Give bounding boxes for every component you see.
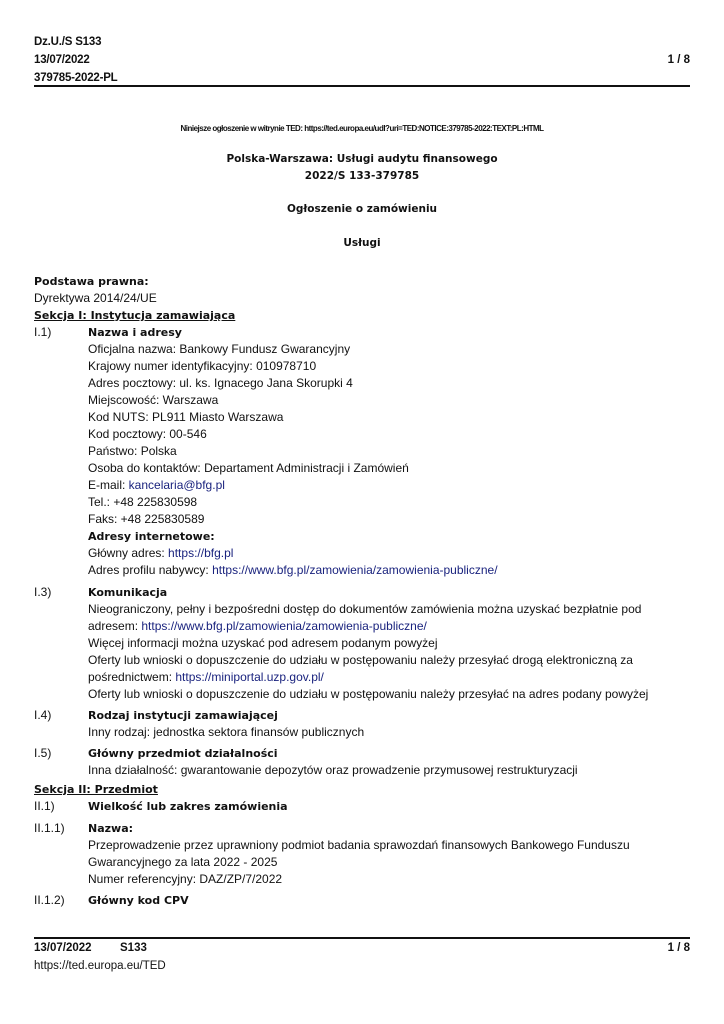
section-heading: Główny kod CPV bbox=[88, 892, 189, 909]
notice-id: 379785-2022-PL bbox=[34, 72, 118, 84]
submission-url-label: pośrednictwem: bbox=[88, 670, 175, 684]
notice-url-line[interactable]: Niniejsze ogłoszenie w witrynie TED: htt… bbox=[0, 124, 724, 133]
section-1-title: Sekcja I: Instytucja zamawiająca bbox=[34, 307, 235, 324]
internet-addresses-heading: Adresy internetowe: bbox=[88, 528, 215, 545]
fax: Faks: +48 225830589 bbox=[88, 511, 204, 528]
main-activity: Inna działalność: gwarantowanie depozytó… bbox=[88, 762, 578, 779]
section-heading: Wielkość lub zakres zamówienia bbox=[88, 798, 288, 815]
section-number: II.1) bbox=[34, 798, 55, 815]
section-heading: Rodzaj instytucji zamawiającej bbox=[88, 707, 278, 724]
submission-url-link[interactable]: https://miniportal.uzp.gov.pl/ bbox=[175, 670, 324, 684]
section-2-title: Sekcja II: Przedmiot bbox=[34, 781, 158, 798]
footer-url[interactable]: https://ted.europa.eu/TED bbox=[34, 960, 166, 972]
buyer-profile-row: Adres profilu nabywcy: https://www.bfg.p… bbox=[88, 562, 498, 579]
main-address-label: Główny adres: bbox=[88, 546, 168, 560]
section-number: II.1.1) bbox=[34, 820, 65, 837]
town: Miejscowość: Warszawa bbox=[88, 392, 218, 409]
section-number: I.3) bbox=[34, 584, 51, 601]
telephone: Tel.: +48 225830598 bbox=[88, 494, 197, 511]
section-heading: Komunikacja bbox=[88, 584, 167, 601]
notice-type: Ogłoszenie o zamówieniu bbox=[0, 203, 724, 215]
access-url-link[interactable]: https://www.bfg.pl/zamowienia/zamowienia… bbox=[141, 619, 426, 633]
footer-issue: S133 bbox=[120, 942, 147, 954]
footer-page: 1 / 8 bbox=[668, 942, 690, 954]
reference-number: Numer referencyjny: DAZ/ZP/7/2022 bbox=[88, 871, 282, 888]
section-heading: Główny przedmiot działalności bbox=[88, 745, 278, 762]
submission-address: Oferty lub wnioski o dopuszczenie do udz… bbox=[88, 686, 648, 703]
email-row: E-mail: kancelaria@bfg.pl bbox=[88, 477, 225, 494]
access-text: Nieograniczony, pełny i bezpośredni dost… bbox=[88, 601, 641, 618]
section-heading: Nazwa: bbox=[88, 820, 133, 837]
authority-type: Inny rodzaj: jednostka sektora finansów … bbox=[88, 724, 364, 741]
contract-title-line1: Przeprowadzenie przez uprawniony podmiot… bbox=[88, 837, 630, 854]
postal-code: Kod pocztowy: 00-546 bbox=[88, 426, 207, 443]
more-info: Więcej informacji można uzyskać pod adre… bbox=[88, 635, 437, 652]
main-address-link[interactable]: https://bfg.pl bbox=[168, 546, 233, 560]
document-title: Polska-Warszawa: Usługi audytu finansowe… bbox=[0, 153, 724, 165]
publication-date: 13/07/2022 bbox=[34, 54, 90, 66]
email-label: E-mail: bbox=[88, 478, 129, 492]
section-heading: Nazwa i adresy bbox=[88, 324, 182, 341]
document-number: 2022/S 133-379785 bbox=[0, 170, 724, 182]
country: Państwo: Polska bbox=[88, 443, 177, 460]
buyer-profile-link[interactable]: https://www.bfg.pl/zamowienia/zamowienia… bbox=[212, 563, 497, 577]
official-name: Oficjalna nazwa: Bankowy Fundusz Gwaranc… bbox=[88, 341, 350, 358]
email-link[interactable]: kancelaria@bfg.pl bbox=[129, 478, 225, 492]
national-id: Krajowy numer identyfikacyjny: 010978710 bbox=[88, 358, 316, 375]
section-number: I.5) bbox=[34, 745, 51, 762]
journal-ref: Dz.U./S S133 bbox=[34, 36, 101, 48]
access-url-row: adresem: https://www.bfg.pl/zamowienia/z… bbox=[88, 618, 427, 635]
legal-basis-value: Dyrektywa 2014/24/UE bbox=[34, 290, 157, 307]
section-number: I.4) bbox=[34, 707, 51, 724]
contract-type: Usługi bbox=[0, 237, 724, 249]
footer-date: 13/07/2022 bbox=[34, 942, 92, 954]
section-number: II.1.2) bbox=[34, 892, 65, 909]
postal-address: Adres pocztowy: ul. ks. Ignacego Jana Sk… bbox=[88, 375, 353, 392]
section-number: I.1) bbox=[34, 324, 51, 341]
header-rule bbox=[34, 85, 690, 87]
contract-title-line2: Gwarancyjnego za lata 2022 - 2025 bbox=[88, 854, 277, 871]
legal-basis-label: Podstawa prawna: bbox=[34, 273, 149, 290]
submission-url-row: pośrednictwem: https://miniportal.uzp.go… bbox=[88, 669, 324, 686]
submission-text: Oferty lub wnioski o dopuszczenie do udz… bbox=[88, 652, 633, 669]
contact-person: Osoba do kontaktów: Departament Administ… bbox=[88, 460, 409, 477]
page-number: 1 / 8 bbox=[668, 54, 690, 66]
main-address-row: Główny adres: https://bfg.pl bbox=[88, 545, 233, 562]
access-url-label: adresem: bbox=[88, 619, 141, 633]
buyer-profile-label: Adres profilu nabywcy: bbox=[88, 563, 212, 577]
footer-rule bbox=[34, 937, 690, 939]
nuts-code: Kod NUTS: PL911 Miasto Warszawa bbox=[88, 409, 283, 426]
